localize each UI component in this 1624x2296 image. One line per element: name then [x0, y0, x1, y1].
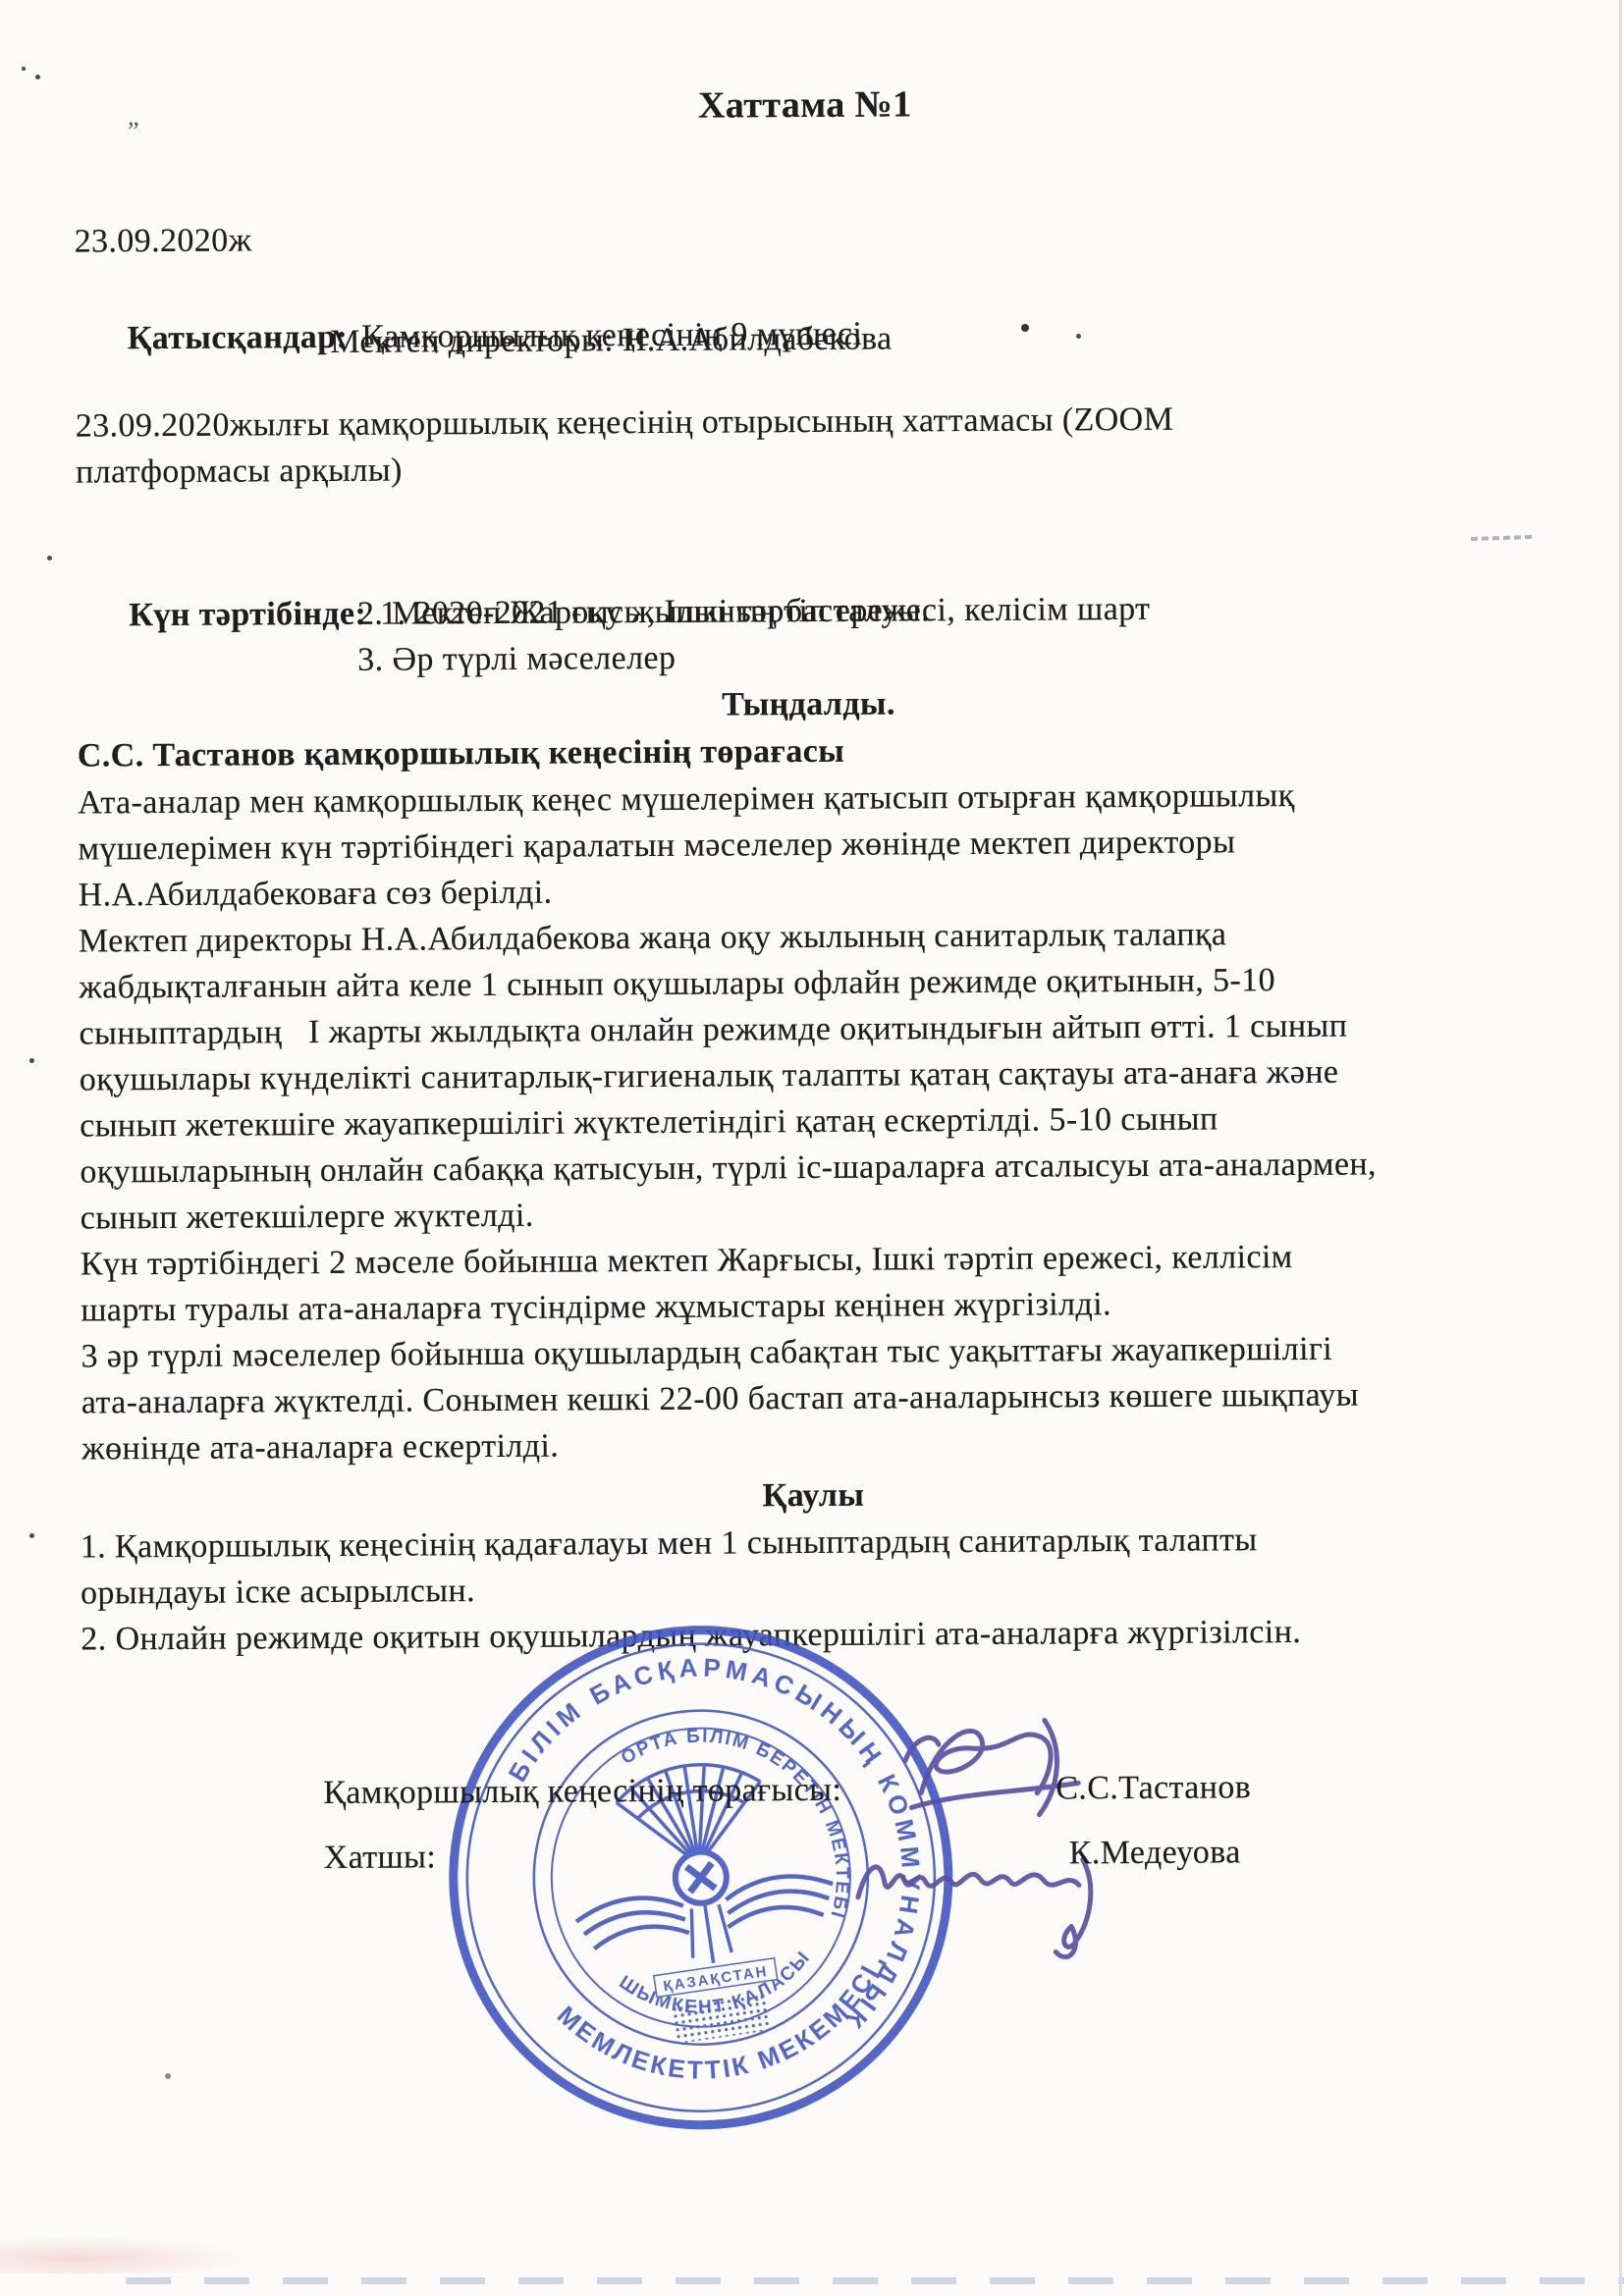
text-line: жабдықталғанын айта келе 1 сынып оқушыла…: [79, 956, 1376, 1010]
text-line: оқушыларының онлайн сабаққа қатысуын, тү…: [80, 1141, 1377, 1195]
secretary-name: К.Медеуова: [1069, 1829, 1241, 1876]
text-line: мүшелерімен күн тәртібіндегі қаралатын м…: [78, 818, 1375, 872]
text-line: 3. Әр түрлі мәселелер: [357, 632, 1151, 683]
scan-edge-line: [126, 2277, 1624, 2284]
text-line: 23.09.2020жылғы қамқоршылық кеңесінің от…: [76, 397, 1174, 450]
text-line: оқушылары күнделікті санитарлық-гигиенал…: [80, 1048, 1377, 1102]
scan-speck: [47, 556, 52, 561]
scan-speck: [29, 1533, 34, 1538]
scan-speck: [29, 1058, 34, 1063]
document-title: Хаттама №1: [0, 78, 1617, 133]
participants-line2: Мектеп директоры: Н.А.Абилдабекова: [330, 315, 893, 364]
text-line: жөнінде ата-аналарға ескертілді.: [81, 1417, 1379, 1471]
scan-speck: [165, 2073, 171, 2079]
scan-smudge: [0, 2236, 255, 2273]
chairman-name: С.С.Тастанов: [1056, 1764, 1251, 1811]
document-content: Хаттама №1 23.09.2020ж Қатысқандар:Қамқо…: [0, 0, 1624, 2296]
scan-speck: [35, 75, 40, 80]
speaker-heading: С.С. Тастанов қамқоршылық кеңесінің төра…: [78, 728, 845, 779]
scan-speck: „: [128, 110, 137, 124]
secretary-signature-label: Хатшы:: [324, 1834, 437, 1881]
text-line: 1. Қамқоршылық кеңесінің қадағалауы мен …: [81, 1517, 1301, 1571]
text-line: 2. Мектеп Жарғысы, Ішкі тәртіп ережесі, …: [357, 586, 1151, 637]
text-line: Күн тәртібіндегі 2 мәселе бойынша мектеп…: [81, 1233, 1378, 1287]
body-paragraph: Ата-аналар мен қамқоршылық кеңес мүшелер…: [78, 772, 1379, 1471]
text-line: шарты туралы ата-аналарға түсіндірме жұм…: [81, 1279, 1378, 1333]
scan-speck: [1021, 324, 1029, 332]
agenda-items-rest: 2. Мектеп Жарғысы, Ішкі тәртіп ережесі, …: [357, 586, 1151, 683]
text-line: Н.А.Абилдабековаға сөз берілді.: [79, 864, 1376, 918]
text-line: сыныптардың I жарты жылдықта онлайн режи…: [79, 1002, 1376, 1056]
scan-edge-shadow: [1619, 0, 1622, 2296]
secretary-signature: [842, 1802, 1128, 1976]
chairman-signature-label: Қамқоршылық кеңесінің төрағысы:: [323, 1767, 841, 1816]
text-line: 3 әр түрлі мәселелер бойынша оқушылардың…: [81, 1325, 1378, 1379]
text-line: платформасы арқылы): [76, 443, 1174, 496]
date-line: 23.09.2020ж: [74, 217, 251, 264]
scanned-protocol-document: Хаттама №1 23.09.2020ж Қатысқандар:Қамқо…: [0, 0, 1624, 2296]
resolution-heading: Қаулы: [1, 1468, 1624, 1523]
intro-paragraph: 23.09.2020жылғы қамқоршылық кеңесінің от…: [76, 397, 1174, 496]
text-line: орындауы іске асырылсын.: [81, 1563, 1301, 1617]
text-line: Ата-аналар мен қамқоршылық кеңес мүшелер…: [78, 772, 1375, 826]
text-line: Мектеп директоры Н.А.Абилдабекова жаңа о…: [79, 910, 1376, 964]
text-line: ата-аналарға жүктелді. Сонымен кешкі 22-…: [81, 1371, 1379, 1425]
scan-speck: [1076, 334, 1081, 339]
participants-label: Қатысқандар:: [128, 319, 349, 356]
scan-speck: [22, 67, 26, 71]
text-line: сынып жетекшіге жауапкершілігі жүктелеті…: [80, 1095, 1377, 1148]
text-line: сынып жетекшілерге жүктелді.: [81, 1187, 1378, 1241]
heard-heading: Тыңдалды.: [0, 676, 1621, 732]
agenda-label: Күн тәртібінде:: [129, 596, 366, 633]
